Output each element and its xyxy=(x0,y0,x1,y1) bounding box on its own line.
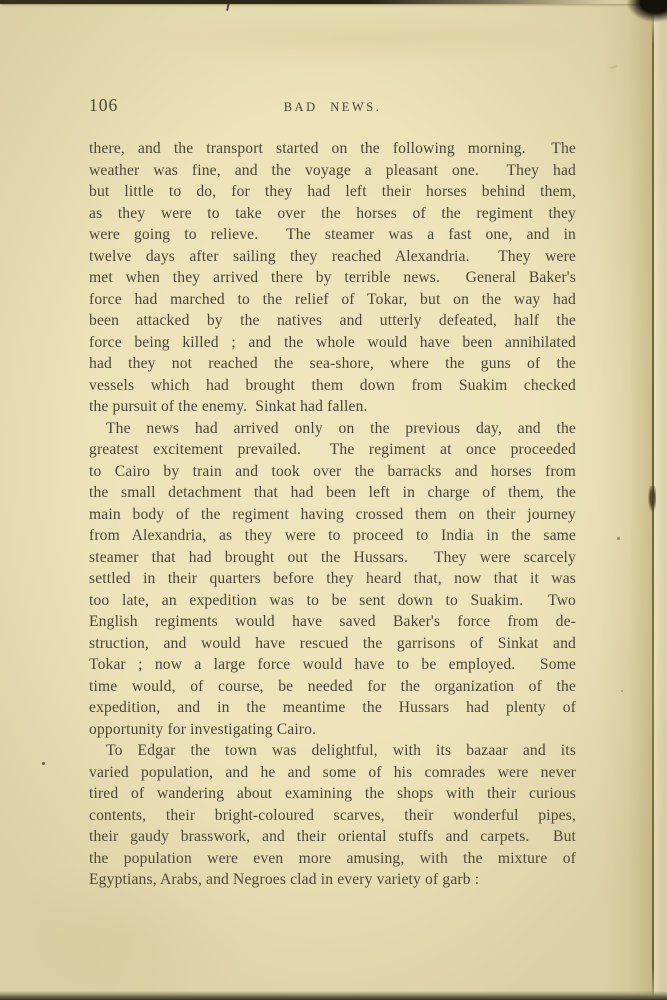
text-line: as they were to take over the horses of … xyxy=(89,203,576,225)
text-line: from Alexandria, as they were to proceed… xyxy=(89,525,576,547)
text-line: were going to relieve. The steamer was a… xyxy=(89,224,576,246)
scan-artifact-dot xyxy=(621,690,623,692)
text-line: Tokar ; now a large force would have to … xyxy=(89,654,576,676)
text-line: had they not reached the sea-shore, wher… xyxy=(89,353,576,375)
text-line: To Edgar the town was delightful, with i… xyxy=(89,740,576,762)
scan-artifact-dot xyxy=(617,537,620,540)
scan-artifact-tick xyxy=(226,2,230,11)
text-line: main body of the regiment having crossed… xyxy=(89,504,576,526)
text-line: force being killed ; and the whole would… xyxy=(89,332,576,354)
paragraph: The news had arrived only on the previou… xyxy=(89,418,576,741)
text-line: Egyptians, Arabs, and Negroes clad in ev… xyxy=(89,869,576,891)
text-line: The news had arrived only on the previou… xyxy=(89,418,576,440)
text-line: vessels which had brought them down from… xyxy=(89,375,576,397)
text-line: varied population, and he and some of hi… xyxy=(89,762,576,784)
text-line: twelve days after sailing they reached A… xyxy=(89,246,576,268)
page-edge-notch xyxy=(648,486,656,512)
text-line: the population were even more amusing, w… xyxy=(89,848,576,870)
running-header: BAD NEWS. xyxy=(89,100,576,115)
scan-artifact-dot xyxy=(42,762,45,765)
text-line: contents, their bright-coloured scarves,… xyxy=(89,805,576,827)
text-line: there, and the transport started on the … xyxy=(89,138,576,160)
text-line: force had marched to the relief of Tokar… xyxy=(89,289,576,311)
text-line: the small detachment that had been left … xyxy=(89,482,576,504)
text-line: their gaudy brasswork, and their orienta… xyxy=(89,826,576,848)
page-body: there, and the transport started on the … xyxy=(89,138,576,891)
paragraph: there, and the transport started on the … xyxy=(89,138,576,418)
page-curve-shadow xyxy=(598,0,654,1000)
text-line: weather was fine, and the voyage a pleas… xyxy=(89,160,576,182)
text-line: to Cairo by train and took over the barr… xyxy=(89,461,576,483)
text-line: struction, and would have rescued the ga… xyxy=(89,633,576,655)
text-line: opportunity for investigating Cairo. xyxy=(89,719,576,741)
text-line: been attacked by the natives and utterly… xyxy=(89,310,576,332)
book-page-scan: 106 BAD NEWS. there, and the transport s… xyxy=(0,0,667,1000)
text-line: the pursuit of the enemy. Sinkat had fal… xyxy=(89,396,576,418)
paragraph: To Edgar the town was delightful, with i… xyxy=(89,740,576,891)
scan-edge-bottom xyxy=(0,991,667,1000)
scan-edge-top xyxy=(0,0,667,4)
text-line: but little to do, for they had left thei… xyxy=(89,181,576,203)
text-line: tired of wandering about examining the s… xyxy=(89,783,576,805)
text-line: met when they arrived there by terrible … xyxy=(89,267,576,289)
text-line: time would, of course, be needed for the… xyxy=(89,676,576,698)
text-line: steamer that had brought out the Hussars… xyxy=(89,547,576,569)
scan-corner-shadow xyxy=(627,0,667,22)
text-line: too late, an expedition was to be sent d… xyxy=(89,590,576,612)
text-line: English regiments would have saved Baker… xyxy=(89,611,576,633)
text-line: expedition, and in the meantime the Huss… xyxy=(89,697,576,719)
text-line: greatest excitement prevailed. The regim… xyxy=(89,439,576,461)
text-line: settled in their quarters before they he… xyxy=(89,568,576,590)
